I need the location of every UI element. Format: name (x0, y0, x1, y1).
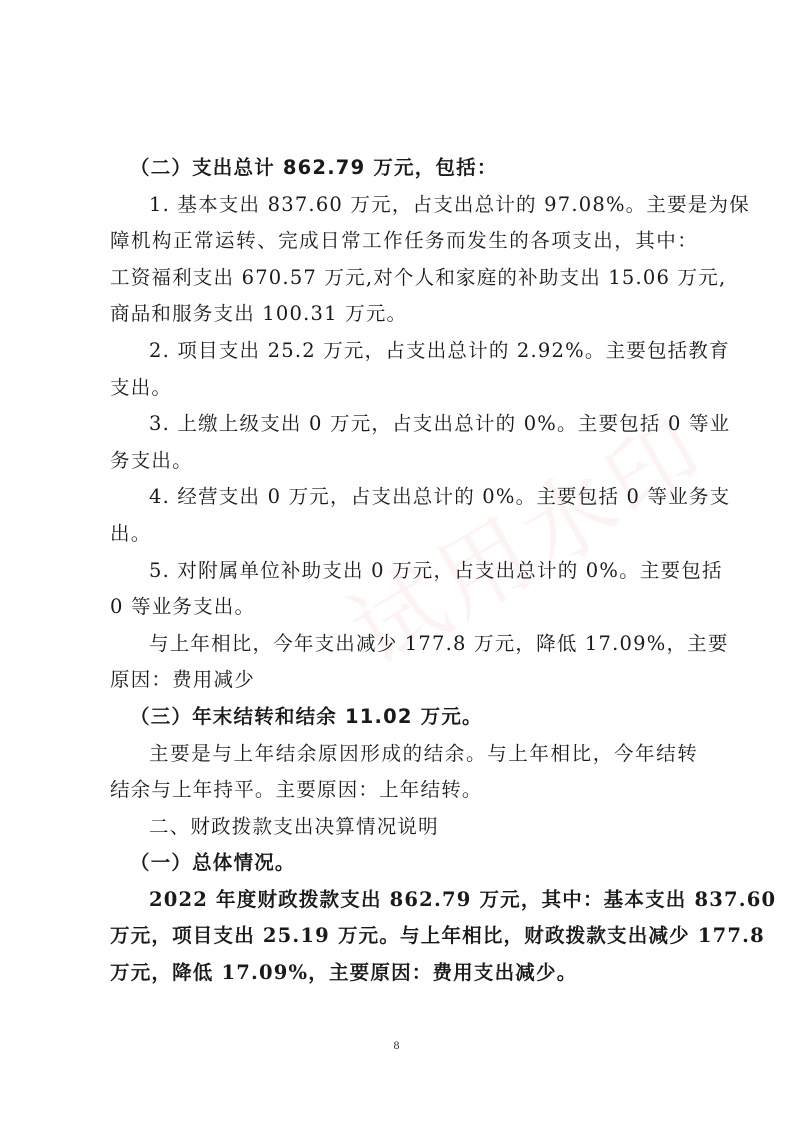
paragraph-line: 结余与上年持平。主要原因：上年结转。 (110, 772, 698, 809)
paragraph-line: 商品和服务支出 100.31 万元。 (110, 296, 698, 333)
overview-line-suffix: 。 (557, 961, 578, 984)
section-heading-expenditure-total: （二）支出总计 862.79 万元，包括： (110, 150, 698, 187)
item-basic-expenditure: 1. 基本支出 837.60 万元，占支出总计的 97.08%。主要是为保 障机… (110, 187, 698, 333)
paragraph-line: 障机构正常运转、完成日常工作任务而发生的各项支出，其中： (110, 223, 698, 260)
paragraph-line: 1. 基本支出 837.60 万元，占支出总计的 97.08%。主要是为保 (110, 187, 698, 224)
paragraph-line: 务支出。 (110, 443, 698, 480)
paragraph-line: 万元，项目支出 25.19 万元。与上年相比，财政拨款支出减少 177.8 (110, 918, 698, 955)
overview-line-prefix: 万元，降低 17.09%，主要原因： (110, 961, 432, 984)
item-project-expenditure: 2. 项目支出 25.2 万元，占支出总计的 2.92%。主要包括教育 支出。 (110, 333, 698, 406)
part-heading-fiscal-appropriation: 二、财政拨款支出决算情况说明 (110, 809, 698, 846)
reason-text: 费用支出减少 (432, 961, 556, 984)
reason-label: 原因： (110, 668, 172, 691)
year-comparison: 与上年相比，今年支出减少 177.8 万元，降低 17.09%，主要 原因：费用… (110, 626, 698, 699)
paragraph-line: 2. 项目支出 25.2 万元，占支出总计的 2.92%。主要包括教育 (110, 333, 698, 370)
item-subsidiary-subsidy: 5. 对附属单位补助支出 0 万元，占支出总计的 0%。主要包括 0 等业务支出… (110, 553, 698, 626)
item-operating-expenditure: 4. 经营支出 0 万元，占支出总计的 0%。主要包括 0 等业务支 出。 (110, 479, 698, 552)
paragraph-line: 工资福利支出 670.57 万元,对个人和家庭的补助支出 15.06 万元, (110, 260, 698, 297)
section-heading-overview: （一）总体情况。 (110, 845, 698, 882)
paragraph-line: 4. 经营支出 0 万元，占支出总计的 0%。主要包括 0 等业务支 (110, 479, 698, 516)
page-number: 8 (0, 1038, 793, 1053)
document-page: （二）支出总计 862.79 万元，包括： 1. 基本支出 837.60 万元，… (110, 150, 698, 992)
section-heading-carryover: （三）年末结转和结余 11.02 万元。 (110, 699, 698, 736)
paragraph-line: 0 等业务支出。 (110, 589, 698, 626)
paragraph-line: 与上年相比，今年支出减少 177.8 万元，降低 17.09%，主要 (110, 626, 698, 663)
carryover-description: 主要是与上年结余原因形成的结余。与上年相比，今年结转 结余与上年持平。主要原因：… (110, 736, 698, 809)
paragraph-line: 原因：费用减少 (110, 662, 698, 699)
paragraph-line: 万元，降低 17.09%，主要原因：费用支出减少。 (110, 955, 698, 992)
paragraph-line: 支出。 (110, 370, 698, 407)
reason-text: 费用减少 (172, 668, 255, 691)
paragraph-line: 出。 (110, 516, 698, 553)
paragraph-line: 3. 上缴上级支出 0 万元，占支出总计的 0%。主要包括 0 等业 (110, 406, 698, 443)
item-remittance-expenditure: 3. 上缴上级支出 0 万元，占支出总计的 0%。主要包括 0 等业 务支出。 (110, 406, 698, 479)
paragraph-line: 主要是与上年结余原因形成的结余。与上年相比，今年结转 (110, 736, 698, 773)
paragraph-line: 5. 对附属单位补助支出 0 万元，占支出总计的 0%。主要包括 (110, 553, 698, 590)
paragraph-line: 2022 年度财政拨款支出 862.79 万元，其中：基本支出 837.60 (110, 882, 698, 919)
overview-description: 2022 年度财政拨款支出 862.79 万元，其中：基本支出 837.60 万… (110, 882, 698, 992)
